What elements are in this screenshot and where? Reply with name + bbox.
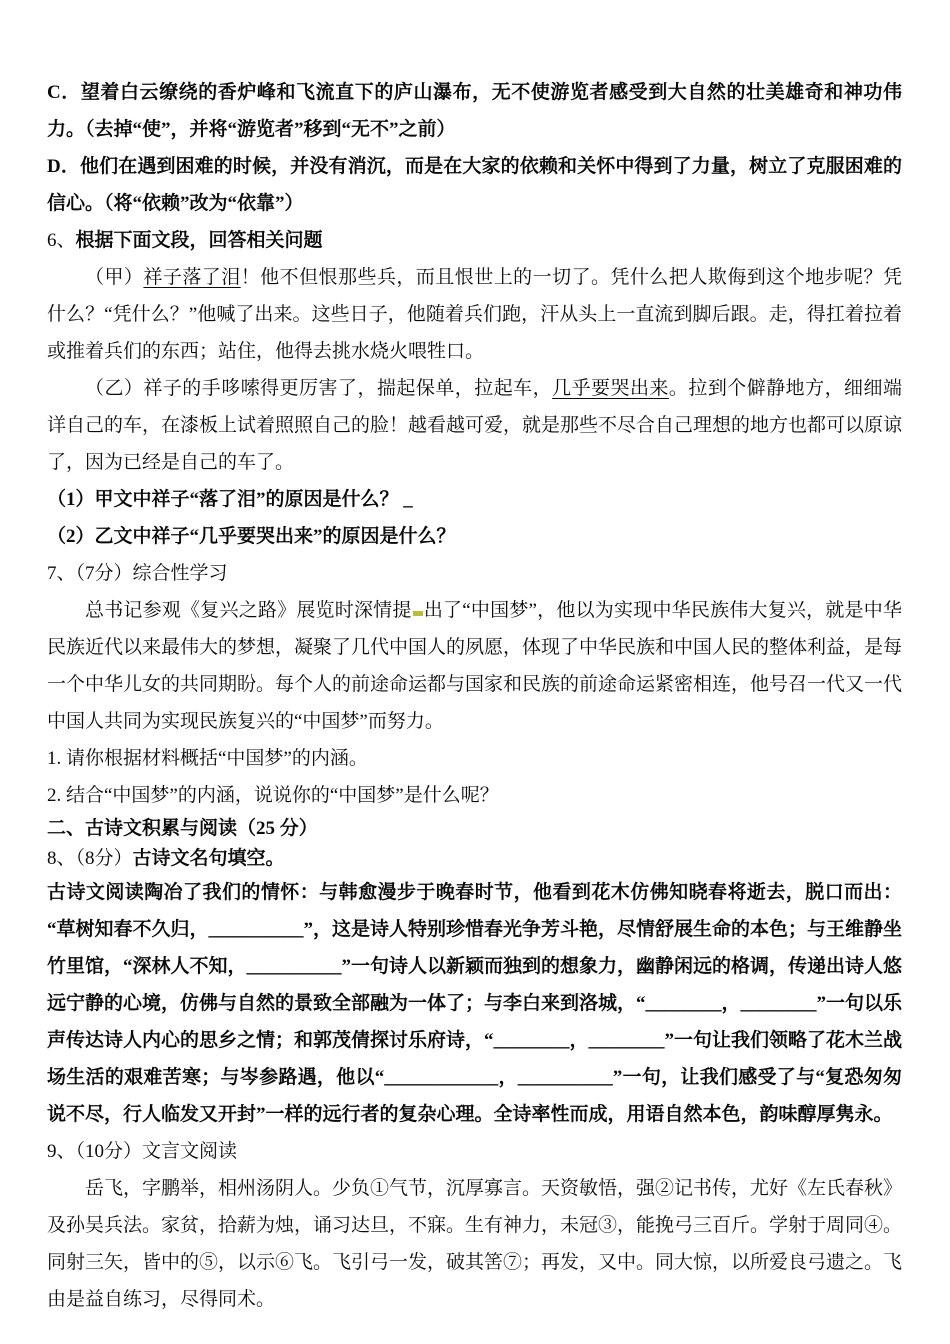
question-6-header: 6、根据下面文段，回答相关问题 <box>47 222 902 259</box>
text-segment: 9、（10分）文言文阅读 <box>47 1141 237 1162</box>
option-d: D．他们在遇到困难的时候，并没有消沉，而是在大家的依赖和关怀中得到了力量，树立了… <box>47 148 902 222</box>
question-8-header: 8、（8分）古诗文名句填空。 <box>47 844 902 874</box>
question-7-header: 7、（7分）综合性学习 <box>47 555 902 592</box>
option-c: C．望着白云缭绕的香炉峰和飞流直下的庐山瀑布，无不使游览者感受到大自然的壮美雄奇… <box>47 74 902 148</box>
text-segment: （2）乙文中祥子“几乎要哭出来”的原因是什么？ <box>47 526 456 547</box>
question-7-sub1: 1. 请你根据材料概括“中国梦”的内涵。 <box>47 740 902 777</box>
question-9-passage: 岳飞，字鹏举，相州汤阴人。少负①气节，沉厚寡言。天资敏悟，强②记书传，尤好《左氏… <box>47 1170 902 1318</box>
text-segment: （乙）祥子的手哆嗦得更厉害了，揣起保单，拉起车， <box>85 378 552 399</box>
text-segment: C．望着白云缭绕的香炉峰和飞流直下的庐山瀑布，无不使游览者感受到大自然的壮美雄奇… <box>47 82 902 140</box>
question-6-sub2: （2）乙文中祥子“几乎要哭出来”的原因是什么？ <box>47 518 902 555</box>
text-segment: 8、（8分） <box>47 848 133 869</box>
text-segment: 几乎要哭出来 <box>552 378 669 399</box>
question-7-passage: 总书记参观《复兴之路》展览时深情提出了“中国梦”，他以为实现中华民族伟大复兴，就… <box>47 592 902 740</box>
text-segment: 6、 <box>47 230 76 251</box>
text-segment: 祥子落了泪 <box>143 267 240 288</box>
text-segment: （甲） <box>85 267 143 288</box>
section-2-header: 二、古诗文积累与阅读（25 分） <box>47 814 902 844</box>
question-6-sub1: （1）甲文中祥子“落了泪”的原因是什么？ _ <box>47 481 902 518</box>
question-8-passage: 古诗文阅读陶冶了我们的情怀：与韩愈漫步于晚春时节，他看到花木仿佛知晓春将逝去，脱… <box>47 874 902 1133</box>
text-segment: 古诗文名句填空。 <box>133 848 285 869</box>
document-body: C．望着白云缭绕的香炉峰和飞流直下的庐山瀑布，无不使游览者感受到大自然的壮美雄奇… <box>47 74 902 1318</box>
text-segment: 7、（7分）综合性学习 <box>47 563 228 584</box>
question-6-passage-jia: （甲）祥子落了泪！他不但恨那些兵，而且恨世上的一切了。凭什么把人欺侮到这个地步呢… <box>47 259 902 370</box>
exam-page: C．望着白云缭绕的香炉峰和飞流直下的庐山瀑布，无不使游览者感受到大自然的壮美雄奇… <box>0 0 950 1344</box>
text-segment: （1）甲文中祥子“落了泪”的原因是什么？ _ <box>47 489 413 510</box>
text-segment: 1. 请你根据材料概括“中国梦”的内涵。 <box>47 748 368 769</box>
text-segment: 二、古诗文积累与阅读（25 分） <box>47 818 318 839</box>
text-segment: D．他们在遇到困难的时候，并没有消沉，而是在大家的依赖和关怀中得到了力量，树立了… <box>47 156 902 214</box>
text-segment: 根据下面文段，回答相关问题 <box>76 230 323 251</box>
highlight-mark <box>413 611 423 616</box>
text-segment: 总书记参观《复兴之路》展览时深情提 <box>85 600 412 621</box>
text-segment: 岳飞，字鹏举，相州汤阴人。少负①气节，沉厚寡言。天资敏悟，强②记书传，尤好《左氏… <box>47 1178 902 1310</box>
question-9-header: 9、（10分）文言文阅读 <box>47 1133 902 1170</box>
text-segment: 古诗文阅读陶冶了我们的情怀：与韩愈漫步于晚春时节，他看到花木仿佛知晓春将逝去，脱… <box>47 882 902 1125</box>
question-7-sub2: 2. 结合“中国梦”的内涵，说说你的“中国梦”是什么呢？ <box>47 777 902 814</box>
text-segment: 2. 结合“中国梦”的内涵，说说你的“中国梦”是什么呢？ <box>47 785 499 806</box>
question-6-passage-yi: （乙）祥子的手哆嗦得更厉害了，揣起保单，拉起车，几乎要哭出来。拉到个僻静地方，细… <box>47 370 902 481</box>
